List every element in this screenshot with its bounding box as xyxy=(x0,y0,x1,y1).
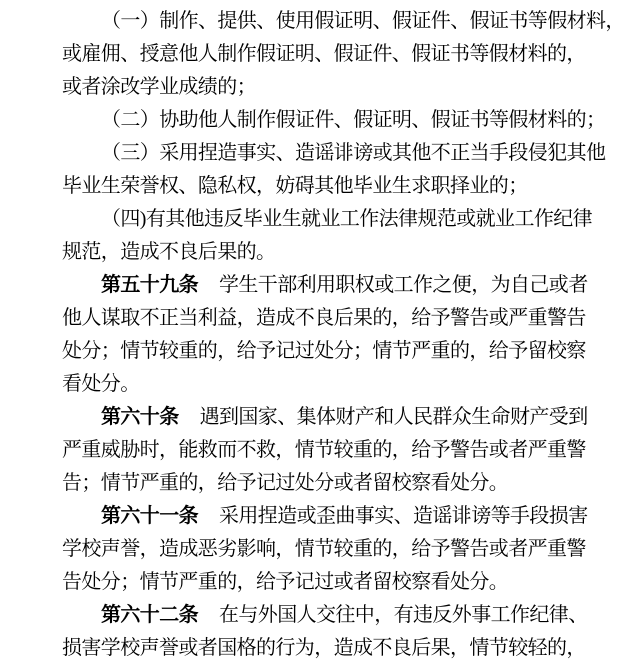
text-line: 第六十一条采用捏造或歪曲事实、造谣诽谤等手段损害 xyxy=(62,500,614,533)
line-text: 毕业生荣誉权、隐私权，妨碍其他毕业生求职择业的； xyxy=(62,175,528,197)
line-text: 损害学校声誉或者国格的行为，造成不良后果，情节较轻的， xyxy=(62,637,586,659)
text-line: 规范，造成不良后果的。 xyxy=(62,236,614,269)
text-line: 毕业生荣誉权、隐私权，妨碍其他毕业生求职择业的； xyxy=(62,170,614,203)
text-line: 第六十二条在与外国人交往中，有违反外事工作纪律、 xyxy=(62,599,614,632)
article-number: 第六十条 xyxy=(101,406,179,428)
article-number: 第五十九条 xyxy=(101,274,198,296)
text-line: 他人谋取不正当利益，造成不良后果的，给予警告或严重警告 xyxy=(62,302,614,335)
document-body: （一）制作、提供、使用假证明、假证件、假证书等假材料，或雇佣、授意他人制作假证明… xyxy=(62,5,614,665)
line-text: 他人谋取不正当利益，造成不良后果的，给予警告或严重警告 xyxy=(62,307,586,329)
line-text: 或者涂改学业成绩的； xyxy=(62,76,256,98)
text-line: 看处分。 xyxy=(62,368,614,401)
document-page: （一）制作、提供、使用假证明、假证件、假证书等假材料，或雇佣、授意他人制作假证明… xyxy=(0,0,633,668)
line-text: 规范，造成不良后果的。 xyxy=(62,241,275,263)
text-line: 第五十九条学生干部利用职权或工作之便，为自己或者 xyxy=(62,269,614,302)
text-line: 处分；情节较重的，给予记过处分；情节严重的，给予留校察 xyxy=(62,335,614,368)
line-text: 告处分；情节严重的，给予记过或者留校察看处分。 xyxy=(62,571,508,593)
line-text: （二）协助他人制作假证件、假证明、假证书等假材料的； xyxy=(101,109,605,131)
line-text: 采用捏造或歪曲事实、造谣诽谤等手段损害 xyxy=(219,505,588,527)
line-text: （四)有其他违反毕业生就业工作法律规范或就业工作纪律 xyxy=(101,208,592,230)
article-number: 第六十二条 xyxy=(101,604,198,626)
line-text: 或雇佣、授意他人制作假证明、假证件、假证书等假材料的， xyxy=(62,43,586,65)
text-line: 学校声誉，造成恶劣影响，情节较重的，给予警告或者严重警 xyxy=(62,533,614,566)
line-text: 遇到国家、集体财产和人民群众生命财产受到 xyxy=(200,406,588,428)
article-number: 第六十一条 xyxy=(101,505,198,527)
line-text: （一）制作、提供、使用假证明、假证件、假证书等假材料， xyxy=(101,10,625,32)
text-line: （三）采用捏造事实、造谣诽谤或其他不正当手段侵犯其他 xyxy=(62,137,614,170)
line-text: （三）采用捏造事实、造谣诽谤或其他不正当手段侵犯其他 xyxy=(101,142,605,164)
line-text: 看处分。 xyxy=(62,373,140,395)
text-line: 损害学校声誉或者国格的行为，造成不良后果，情节较轻的， xyxy=(62,632,614,665)
line-text: 严重威胁时，能救而不救，情节较重的，给予警告或者严重警 xyxy=(62,439,586,461)
text-line: 严重威胁时，能救而不救，情节较重的，给予警告或者严重警 xyxy=(62,434,614,467)
text-line: 第六十条遇到国家、集体财产和人民群众生命财产受到 xyxy=(62,401,614,434)
line-text: 处分；情节较重的，给予记过处分；情节严重的，给予留校察 xyxy=(62,340,586,362)
text-line: （四)有其他违反毕业生就业工作法律规范或就业工作纪律 xyxy=(62,203,614,236)
text-line: 告；情节严重的，给予记过处分或者留校察看处分。 xyxy=(62,467,614,500)
text-line: （一）制作、提供、使用假证明、假证件、假证书等假材料， xyxy=(62,5,614,38)
line-text: 学生干部利用职权或工作之便，为自己或者 xyxy=(219,274,588,296)
line-text: 告；情节严重的，给予记过处分或者留校察看处分。 xyxy=(62,472,508,494)
line-text: 学校声誉，造成恶劣影响，情节较重的，给予警告或者严重警 xyxy=(62,538,586,560)
text-line: （二）协助他人制作假证件、假证明、假证书等假材料的； xyxy=(62,104,614,137)
text-line: 或者涂改学业成绩的； xyxy=(62,71,614,104)
text-line: 或雇佣、授意他人制作假证明、假证件、假证书等假材料的， xyxy=(62,38,614,71)
line-text: 在与外国人交往中，有违反外事工作纪律、 xyxy=(219,604,588,626)
text-line: 告处分；情节严重的，给予记过或者留校察看处分。 xyxy=(62,566,614,599)
